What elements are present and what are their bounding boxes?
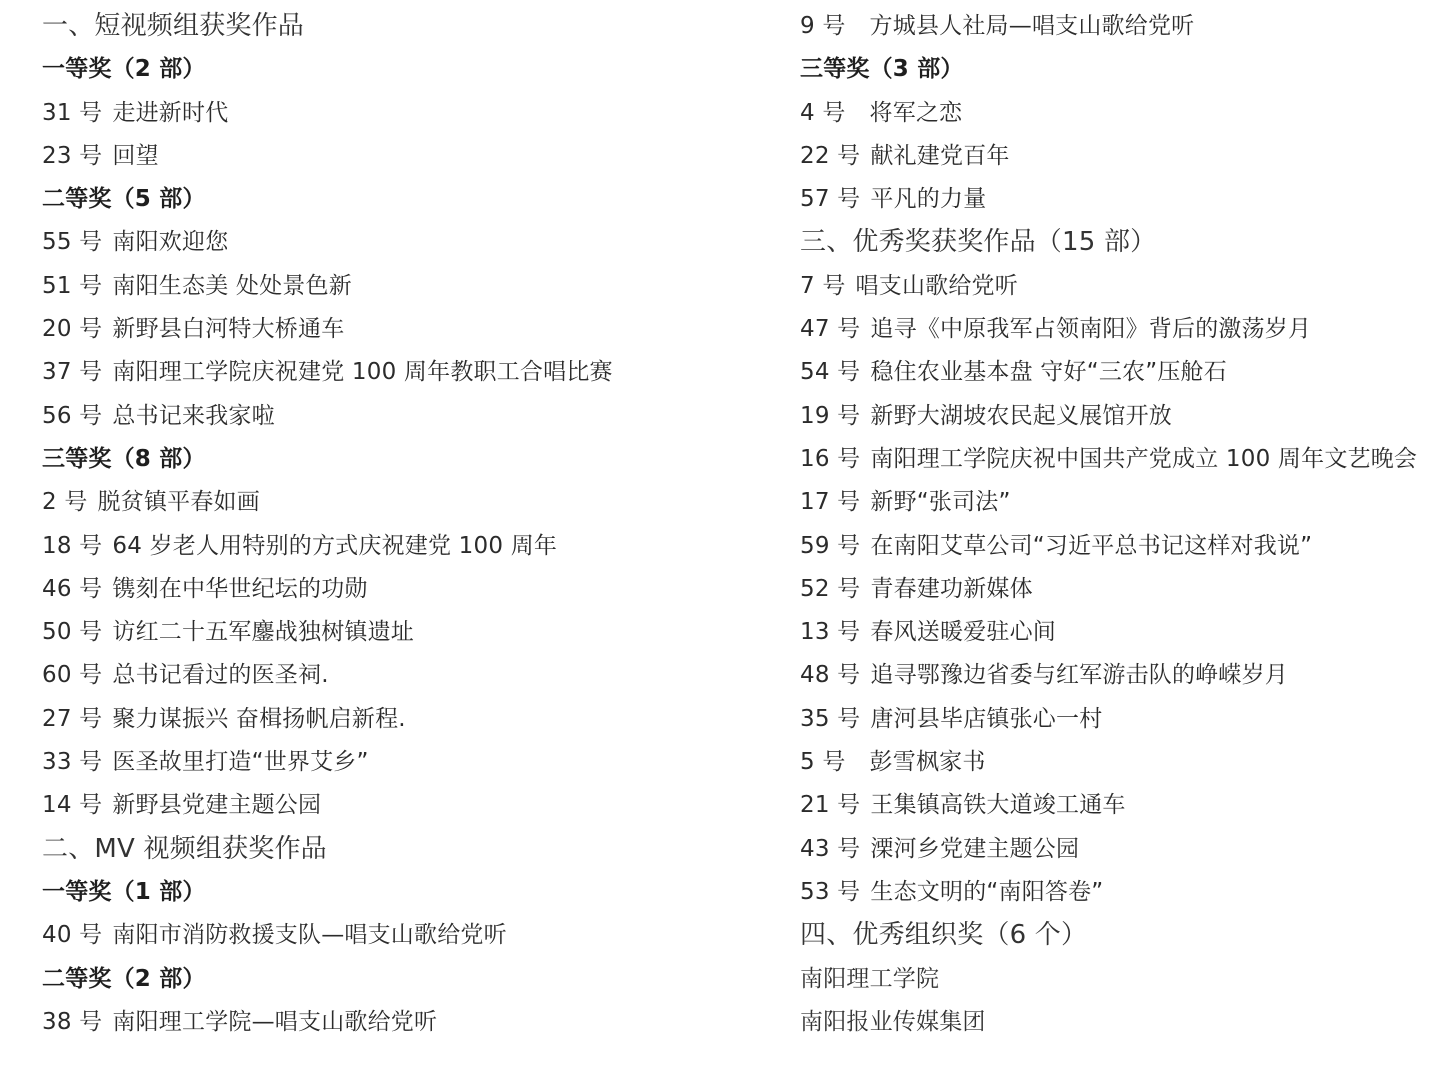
award-entry: 48 号追寻鄂豫边省委与红军游击队的峥嵘岁月 — [800, 654, 1440, 697]
award-entry: 23 号回望 — [42, 135, 782, 178]
entry-title: 青春建功新媒体 — [870, 576, 1032, 602]
entry-number: 4 号 — [800, 92, 846, 135]
award-entry: 47 号追寻《中原我军占领南阳》背后的激荡岁月 — [800, 308, 1440, 351]
award-entry: 51 号南阳生态美 处处景色新 — [42, 265, 782, 308]
entry-number: 17 号 — [800, 481, 860, 524]
left-column: 一、短视频组获奖作品一等奖（2 部）31 号走进新时代23 号回望二等奖（5 部… — [42, 5, 782, 1044]
entry-title: 南阳市消防救援支队—唱支山歌给党听 — [112, 922, 506, 948]
entry-title: 走进新时代 — [112, 100, 228, 126]
right-column: 9 号方城县人社局—唱支山歌给党听三等奖（3 部）4 号将军之恋22 号献礼建党… — [800, 5, 1440, 1044]
award-entry: 2 号脱贫镇平春如画 — [42, 481, 782, 524]
entry-number: 55 号 — [42, 221, 102, 264]
entry-number: 23 号 — [42, 135, 102, 178]
award-tier-heading: 一等奖（2 部） — [42, 48, 782, 91]
award-tier-heading: 二等奖（2 部） — [42, 958, 782, 1001]
entry-title: 南阳理工学院庆祝中国共产党成立 100 周年文艺晚会 — [870, 446, 1417, 472]
entry-number: 9 号 — [800, 5, 846, 48]
award-entry: 55 号南阳欢迎您 — [42, 221, 782, 264]
entry-number: 27 号 — [42, 698, 102, 741]
award-entry: 37 号南阳理工学院庆祝建党 100 周年教职工合唱比赛 — [42, 351, 782, 394]
award-entry: 43 号溧河乡党建主题公园 — [800, 828, 1440, 871]
award-tier-heading: 三等奖（3 部） — [800, 48, 1440, 91]
award-entry: 53 号生态文明的“南阳答卷” — [800, 871, 1440, 914]
entry-number: 60 号 — [42, 654, 102, 697]
award-entry: 52 号青春建功新媒体 — [800, 568, 1440, 611]
award-entry: 35 号唐河县毕店镇张心一村 — [800, 698, 1440, 741]
entry-title: 唐河县毕店镇张心一村 — [870, 706, 1102, 732]
award-entry: 60 号总书记看过的医圣祠. — [42, 654, 782, 697]
entry-title: 方城县人社局—唱支山歌给党听 — [870, 13, 1195, 39]
award-tier-heading: 二等奖（5 部） — [42, 178, 782, 221]
entry-number: 37 号 — [42, 351, 102, 394]
entry-number: 53 号 — [800, 871, 860, 914]
entry-title: 生态文明的“南阳答卷” — [870, 879, 1103, 905]
section-heading: 一、短视频组获奖作品 — [42, 5, 782, 48]
award-entry: 31 号走进新时代 — [42, 92, 782, 135]
entry-number: 52 号 — [800, 568, 860, 611]
award-entry: 27 号聚力谋振兴 奋楫扬帆启新程. — [42, 698, 782, 741]
award-entry: 46 号镌刻在中华世纪坛的功勋 — [42, 568, 782, 611]
entry-number: 7 号 — [800, 265, 846, 308]
entry-number: 2 号 — [42, 481, 88, 524]
section-heading: 二、MV 视频组获奖作品 — [42, 828, 782, 871]
award-entry: 19 号新野大湖坡农民起义展馆开放 — [800, 395, 1440, 438]
award-entry: 9 号方城县人社局—唱支山歌给党听 — [800, 5, 1440, 48]
entry-title: 回望 — [112, 143, 158, 169]
entry-number: 38 号 — [42, 1001, 102, 1044]
entry-title: 平凡的力量 — [870, 186, 986, 212]
award-entry: 40 号南阳市消防救援支队—唱支山歌给党听 — [42, 914, 782, 957]
award-tier-heading: 一等奖（1 部） — [42, 871, 782, 914]
award-entry: 22 号献礼建党百年 — [800, 135, 1440, 178]
award-entry: 7 号唱支山歌给党听 — [800, 265, 1440, 308]
award-tier-heading: 三等奖（8 部） — [42, 438, 782, 481]
award-entry: 20 号新野县白河特大桥通车 — [42, 308, 782, 351]
award-entry: 5 号彭雪枫家书 — [800, 741, 1440, 784]
entry-title: 新野大湖坡农民起义展馆开放 — [870, 403, 1172, 429]
entry-title: 总书记看过的医圣祠. — [112, 662, 328, 688]
award-entry: 50 号访红二十五军鏖战独树镇遗址 — [42, 611, 782, 654]
organization-item: 南阳理工学院 — [800, 958, 1440, 1001]
entry-title: 聚力谋振兴 奋楫扬帆启新程. — [112, 706, 405, 732]
entry-title: 溧河乡党建主题公园 — [870, 836, 1079, 862]
entry-number: 43 号 — [800, 828, 860, 871]
entry-number: 54 号 — [800, 351, 860, 394]
entry-title: 南阳欢迎您 — [112, 229, 228, 255]
entry-title: 在南阳艾草公司“习近平总书记这样对我说” — [870, 533, 1312, 559]
entry-title: 追寻《中原我军占领南阳》背后的激荡岁月 — [870, 316, 1311, 342]
entry-title: 春风送暖爱驻心间 — [870, 619, 1056, 645]
entry-title: 将军之恋 — [870, 100, 963, 126]
entry-title: 总书记来我家啦 — [112, 403, 274, 429]
award-entry: 13 号春风送暖爱驻心间 — [800, 611, 1440, 654]
entry-number: 5 号 — [800, 741, 846, 784]
entry-number: 21 号 — [800, 784, 860, 827]
entry-title: 脱贫镇平春如画 — [98, 489, 260, 515]
entry-title: 医圣故里打造“世界艾乡” — [112, 749, 368, 775]
entry-title: 王集镇高铁大道竣工通车 — [870, 792, 1125, 818]
entry-number: 50 号 — [42, 611, 102, 654]
entry-title: 彭雪枫家书 — [870, 749, 986, 775]
award-entry: 16 号南阳理工学院庆祝中国共产党成立 100 周年文艺晚会 — [800, 438, 1440, 481]
award-entry: 59 号在南阳艾草公司“习近平总书记这样对我说” — [800, 525, 1440, 568]
entry-number: 22 号 — [800, 135, 860, 178]
entry-title: 新野“张司法” — [870, 489, 1010, 515]
entry-number: 59 号 — [800, 525, 860, 568]
award-entry: 14 号新野县党建主题公园 — [42, 784, 782, 827]
entry-number: 31 号 — [42, 92, 102, 135]
entry-title: 访红二十五军鏖战独树镇遗址 — [112, 619, 414, 645]
entry-number: 19 号 — [800, 395, 860, 438]
award-entry: 54 号稳住农业基本盘 守好“三农”压舱石 — [800, 351, 1440, 394]
entry-number: 20 号 — [42, 308, 102, 351]
entry-number: 16 号 — [800, 438, 860, 481]
section-heading: 三、优秀奖获奖作品（15 部） — [800, 221, 1440, 264]
award-entry: 21 号王集镇高铁大道竣工通车 — [800, 784, 1440, 827]
entry-number: 35 号 — [800, 698, 860, 741]
entry-title: 南阳理工学院—唱支山歌给党听 — [112, 1009, 437, 1035]
entry-title: 镌刻在中华世纪坛的功勋 — [112, 576, 367, 602]
entry-number: 40 号 — [42, 914, 102, 957]
entry-title: 新野县白河特大桥通车 — [112, 316, 344, 342]
entry-title: 南阳生态美 处处景色新 — [112, 273, 352, 299]
entry-number: 47 号 — [800, 308, 860, 351]
entry-title: 唱支山歌给党听 — [856, 273, 1018, 299]
entry-number: 13 号 — [800, 611, 860, 654]
entry-number: 51 号 — [42, 265, 102, 308]
award-entry: 33 号医圣故里打造“世界艾乡” — [42, 741, 782, 784]
entry-title: 南阳理工学院庆祝建党 100 周年教职工合唱比赛 — [112, 359, 612, 385]
section-heading: 四、优秀组织奖（6 个） — [800, 914, 1440, 957]
award-entry: 17 号新野“张司法” — [800, 481, 1440, 524]
award-entry: 57 号平凡的力量 — [800, 178, 1440, 221]
entry-number: 48 号 — [800, 654, 860, 697]
entry-title: 追寻鄂豫边省委与红军游击队的峥嵘岁月 — [870, 662, 1288, 688]
entry-title: 64 岁老人用特别的方式庆祝建党 100 周年 — [112, 533, 557, 559]
entry-title: 新野县党建主题公园 — [112, 792, 321, 818]
award-entry: 56 号总书记来我家啦 — [42, 395, 782, 438]
award-entry: 38 号南阳理工学院—唱支山歌给党听 — [42, 1001, 782, 1044]
organization-item: 南阳报业传媒集团 — [800, 1001, 1440, 1044]
entry-title: 献礼建党百年 — [870, 143, 1009, 169]
award-entry: 4 号将军之恋 — [800, 92, 1440, 135]
entry-number: 18 号 — [42, 525, 102, 568]
award-entry: 18 号64 岁老人用特别的方式庆祝建党 100 周年 — [42, 525, 782, 568]
entry-number: 46 号 — [42, 568, 102, 611]
entry-number: 14 号 — [42, 784, 102, 827]
entry-title: 稳住农业基本盘 守好“三农”压舱石 — [870, 359, 1227, 385]
entry-number: 33 号 — [42, 741, 102, 784]
entry-number: 56 号 — [42, 395, 102, 438]
entry-number: 57 号 — [800, 178, 860, 221]
